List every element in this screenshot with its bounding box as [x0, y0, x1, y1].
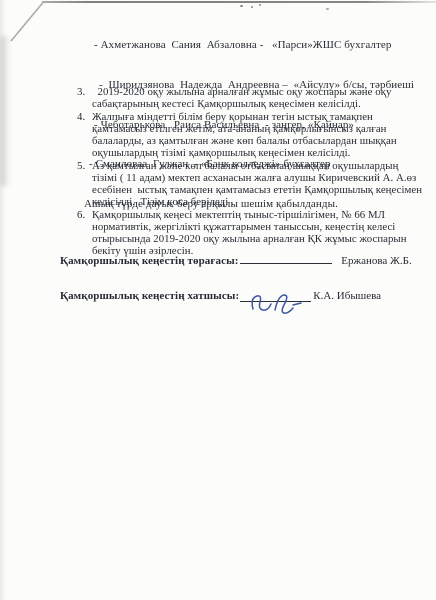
chairman-name: Ержанова Ж.Б.: [341, 255, 411, 267]
scan-top-edge-line: [42, 1, 436, 3]
scan-speck: [259, 4, 261, 6]
resolution-text-line: Қамқоршылық кеңесі мектептің тыныс-тірші…: [92, 209, 433, 221]
resolution-item: 6. Қамқоршылық кеңесі мектептің тыныс-ті…: [77, 209, 433, 258]
resolution-item: 5. Аз қамтылған және көп балалы отбасына…: [77, 160, 433, 209]
resolution-text-line: нормативтік, жергілікті құжаттарымен тан…: [92, 221, 433, 233]
scan-speck: [240, 5, 243, 7]
resolution-text-line: сабақтарының кестесі Қамқоршылық кеңесім…: [92, 98, 433, 110]
resolution-text-line: Аз қамтылған және көп балалы отбасынан ш…: [92, 160, 433, 172]
chairman-label: Қамқоршылық кеңестің төрағасы:: [60, 255, 239, 267]
scan-speck: [326, 8, 329, 10]
attendee-line: - Ахметжанова Сания Абзаловна - «Парси»Ж…: [84, 39, 430, 52]
resolution-item: 4. Жалпыға міндетті білім беру қорынан т…: [77, 111, 433, 160]
secretary-label: Қамқоршылық кеңестің хатшысы:: [60, 290, 239, 302]
resolution-list: 3. 2019-2020 оқу жылына арналған жұмыс о…: [77, 86, 433, 258]
resolution-text-line: балаларды, аз қамтылған және көп балалы …: [92, 135, 433, 147]
resolution-number: 5.: [77, 160, 85, 172]
scan-left-edge: [0, 0, 6, 600]
resolution-text-line: келісілді. Тізім қоса беріледі .: [92, 196, 433, 208]
resolution-item: 3. 2019-2020 оқу жылына арналған жұмыс о…: [77, 86, 433, 111]
resolution-text-line: Жалпыға міндетті білім беру қорынан тегі…: [92, 111, 433, 123]
resolution-number: 6.: [77, 209, 85, 221]
chairman-signature-row: Қамқоршылық кеңестің төрағасы: Ержанова …: [60, 252, 412, 267]
resolution-number: 4.: [77, 111, 85, 123]
resolution-text-line: отырысында 2019-2020 оқу жылына арналған…: [92, 233, 433, 245]
resolution-number: 3.: [77, 86, 85, 98]
chairman-signature-line: [240, 252, 332, 264]
resolution-text-line: есебінен ыстық тамақпен қамтамасыз ететі…: [92, 184, 433, 196]
scanned-document-page: - Ахметжанова Сания Абзаловна - «Парси»Ж…: [0, 0, 436, 600]
secretary-signature-line: [240, 290, 311, 302]
scan-speck: [251, 6, 253, 8]
resolution-text-line: оқушылардың тізімі қамқоршылық кеңесімен…: [92, 147, 433, 159]
resolution-text-line: тізімі ( 11 адам) мектеп асханасын жалға…: [92, 172, 433, 184]
resolution-text-line: қамтамасыз етілген жетім, ата-ананың қам…: [92, 123, 433, 135]
secretary-name: К.А. Ибышева: [313, 290, 381, 302]
secretary-signature-row: Қамқоршылық кеңестің хатшысы: К.А. Ибыше…: [60, 290, 381, 302]
secretary-signature: [246, 292, 304, 318]
resolution-text-line: 2019-2020 оқу жылына арналған жұмыс оқу …: [92, 86, 433, 98]
